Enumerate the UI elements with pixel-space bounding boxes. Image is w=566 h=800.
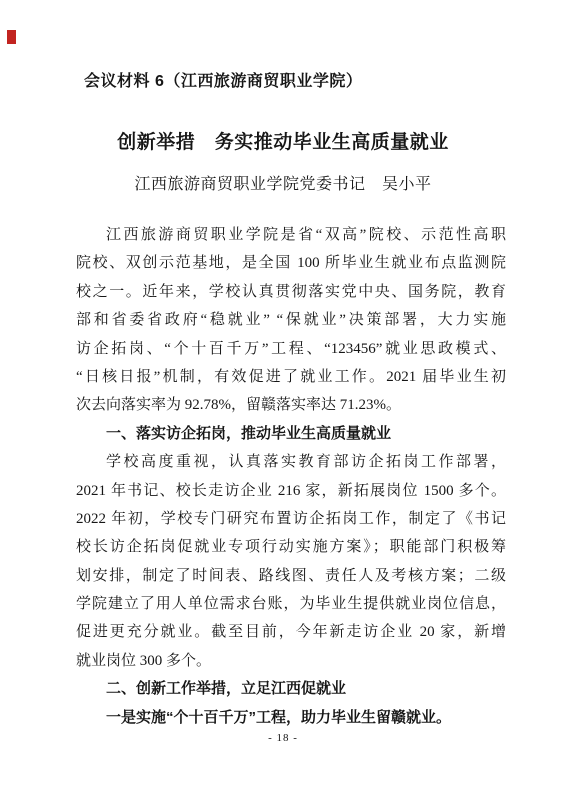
body-line: 就业岗位 300 多个。 [76,647,506,675]
body-line: 校长访企拓岗促就业专项行动实施方案》；职能部门积极筹 [76,533,506,561]
body-line: 访企拓岗、“个十百千万”工程、“123456”就业思政模式、 [76,335,506,363]
body-line: 江西旅游商贸职业学院是省“双高”院校、示范性高职 [76,221,506,249]
section-heading: 一、落实访企拓岗，推动毕业生高质量就业 [76,420,506,448]
document-page: 会议材料 6（江西旅游商贸职业学院） 创新举措 务实推动毕业生高质量就业 江西旅… [0,0,566,800]
body-line: 院校、双创示范基地，是全国 100 所毕业生就业布点监测院 [76,249,506,277]
body-line: 学院建立了用人单位需求台账，为毕业生提供就业岗位信息， [76,590,506,618]
page-number: - 18 - [0,731,566,745]
section-heading: 二、创新工作举措，立足江西促就业 [76,675,506,703]
body-line: 促进更充分就业。截至目前，今年新走访企业 20 家，新增 [76,618,506,646]
doc-header-label: 会议材料 6（江西旅游商贸职业学院） [84,71,526,93]
body-line: 划安排，制定了时间表、路线图、责任人及考核方案；二级 [76,562,506,590]
body-line: 2021 年书记、校长走访企业 216 家，新拓展岗位 1500 多个。 [76,477,506,505]
body-line: “日核日报”机制，有效促进了就业工作。2021 届毕业生初 [76,363,506,391]
section-heading: 一是实施“个十百千万”工程，助力毕业生留赣就业。 [76,704,506,732]
body-line: 部和省委省政府“稳就业” “保就业”决策部署，大力实施 [76,306,506,334]
body-line: 2022 年初，学校专门研究布置访企拓岗工作，制定了《书记 [76,505,506,533]
doc-byline: 江西旅游商贸职业学院党委书记 吴小平 [0,174,566,195]
body-line: 校之一。近年来，学校认真贯彻落实党中央、国务院，教育 [76,278,506,306]
body-line: 次去向落实率为 92.78%，留赣落实率达 71.23%。 [76,391,506,419]
body-lines: 江西旅游商贸职业学院是省“双高”院校、示范性高职院校、双创示范基地，是全国 10… [76,221,506,732]
body-line: 学校高度重视，认真落实教育部访企拓岗工作部署， [76,448,506,476]
red-corner-mark [7,30,16,44]
doc-title: 创新举措 务实推动毕业生高质量就业 [0,130,566,155]
